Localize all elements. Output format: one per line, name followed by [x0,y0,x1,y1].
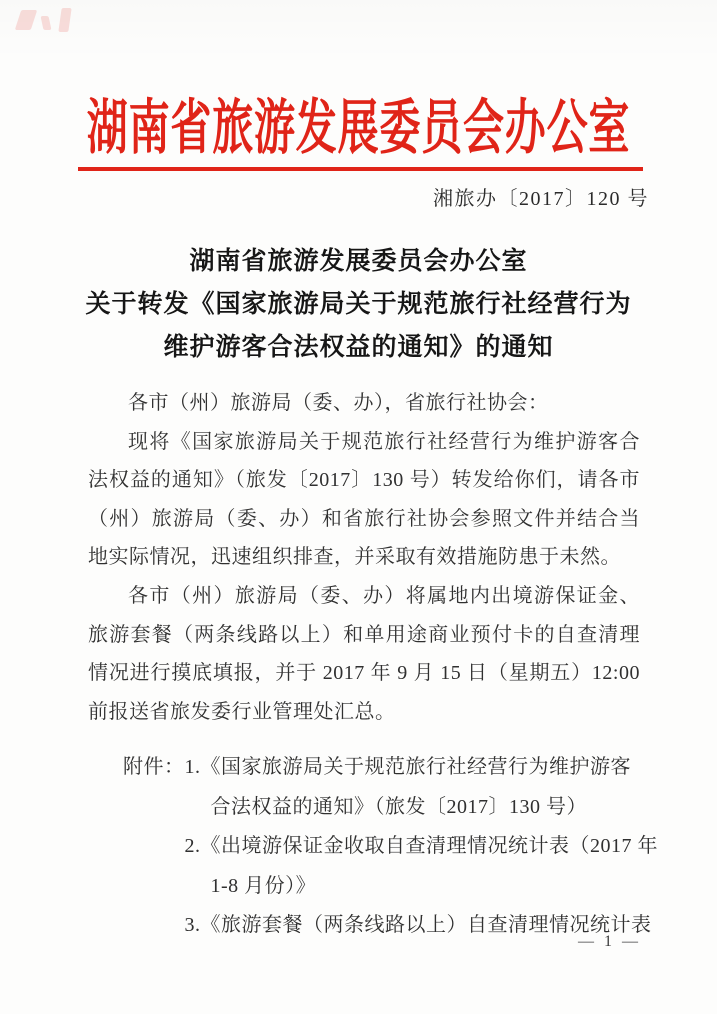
letterhead-red-rule [78,167,643,171]
page-number: — 1 — [578,933,641,951]
red-pen-mark [16,6,80,36]
notice-title-line3: 维护游客合法权益的通知》的通知 [0,326,717,369]
attachments-list: 附件： 1.《国家旅游局关于规范旅行社经营行为维护游客 合法权益的通知》（旅发〔… [88,748,640,946]
letterhead: 湖南省旅游发展委员会办公室 [0,90,717,166]
body-text: 各市（州）旅游局（委、办），省旅行社协会： 现将《国家旅游局关于规范旅行社经营行… [88,384,640,731]
attachment-item-line: 2.《出境游保证金收取自查清理情况统计表（2017 年 [185,827,659,867]
attachment-item-line: 1-8 月份）》 [211,867,659,907]
attachment-item-2: 2.《出境游保证金收取自查清理情况统计表（2017 年 1-8 月份）》 [185,827,659,906]
notice-title-line2: 关于转发《国家旅游局关于规范旅行社经营行为 [0,283,717,326]
body-paragraph-1: 现将《国家旅游局关于规范旅行社经营行为维护游客合法权益的通知》（旅发〔2017〕… [88,423,640,577]
attachment-item-line: 1.《国家旅游局关于规范旅行社经营行为维护游客 [185,748,659,788]
attachments-label: 附件： [123,748,185,788]
notice-title: 湖南省旅游发展委员会办公室 关于转发《国家旅游局关于规范旅行社经营行为 维护游客… [0,240,717,369]
notice-title-line1: 湖南省旅游发展委员会办公室 [0,240,717,283]
salutation: 各市（州）旅游局（委、办），省旅行社协会： [88,384,640,423]
attachment-item-1: 1.《国家旅游局关于规范旅行社经营行为维护游客 合法权益的通知》（旅发〔2017… [185,748,659,827]
body-paragraph-2: 各市（州）旅游局（委、办）将属地内出境游保证金、旅游套餐（两条线路以上）和单用途… [88,577,640,731]
letterhead-org-name: 湖南省旅游发展委员会办公室 [87,86,630,170]
document-page: 湖南省旅游发展委员会办公室 湘旅办〔2017〕120 号 湖南省旅游发展委员会办… [0,0,717,1014]
document-number: 湘旅办〔2017〕120 号 [433,186,649,212]
attachment-item-line: 合法权益的通知》（旅发〔2017〕130 号） [211,788,659,828]
